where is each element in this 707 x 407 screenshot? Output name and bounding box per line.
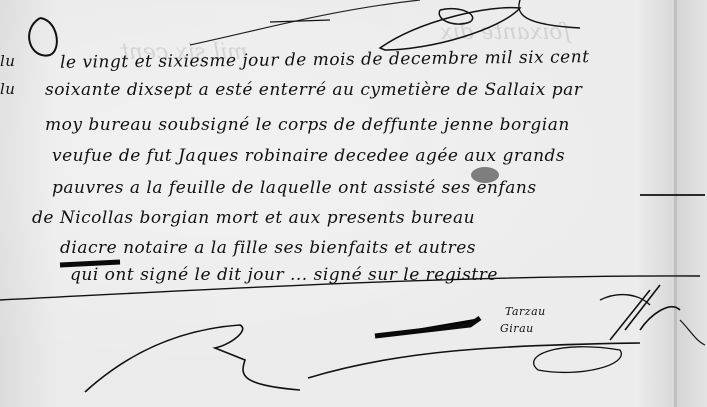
manuscript-page: ſoixante dix mil six cent lu lu le vingt…	[0, 0, 707, 407]
margin-note: lu	[0, 52, 15, 70]
text-line-6: de Nicollas borgian mort et aux presents…	[32, 208, 475, 228]
text-line-8: qui ont signé le dit jour ... signé sur …	[70, 265, 498, 285]
text-line-2: soixante dixsept a esté enterré au cymet…	[45, 80, 582, 100]
text-line-4: veufue de fut Jaques robinaire decedee a…	[52, 146, 565, 166]
signature-subname: Girau	[500, 322, 534, 335]
text-line-3: moy bureau soubsigné le corps de deffunt…	[45, 115, 570, 135]
margin-note: lu	[0, 80, 15, 98]
text-line-5: pauvres a la feuille de laquelle ont ass…	[52, 178, 537, 198]
text-line-7: diacre notaire a la fille ses bienfaits …	[60, 238, 476, 258]
signature-name: Tarzau	[505, 305, 546, 318]
